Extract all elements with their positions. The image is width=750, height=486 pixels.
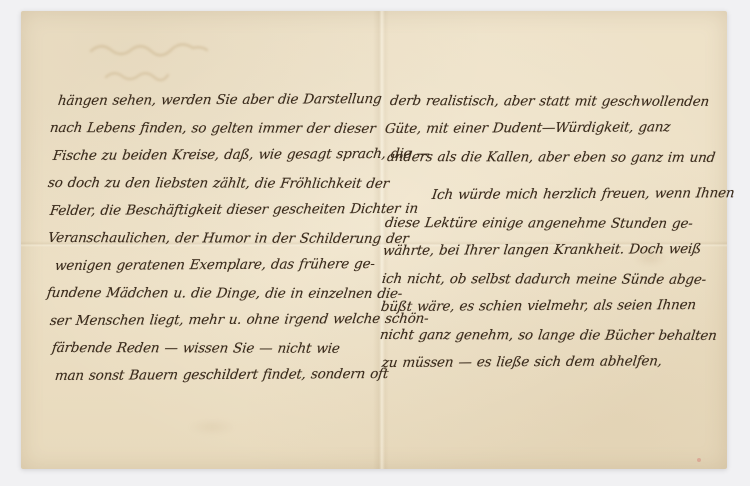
handwriting-line: Ich würde mich herzlich freuen, wenn Ihn…: [431, 185, 735, 203]
letter-page-right: derb realistisch, aber statt mit geschwo…: [21, 11, 727, 469]
handwriting-line: zu müssen — es ließe sich dem abhelfen,: [381, 353, 663, 371]
handwriting-line: Güte, mit einer Dudent—Würdigkeit, ganz: [384, 119, 671, 137]
handwriting-line: büßt wäre, es schien vielmehr, als seien…: [380, 297, 697, 315]
handwriting-line: nicht ganz genehm, so lange die Bücher b…: [379, 327, 718, 344]
letter-sheet: hängen sehen, werden Sie aber die Darste…: [21, 11, 727, 469]
handwriting-line: diese Lektüre einige angenehme Stunden g…: [384, 215, 694, 232]
scan-background: hängen sehen, werden Sie aber die Darste…: [0, 0, 750, 486]
handwriting-line: anders als die Kallen, aber eben so ganz…: [386, 149, 716, 166]
handwriting-line: ich nicht, ob selbst dadurch meine Sünde…: [381, 271, 707, 288]
handwriting-line: derb realistisch, aber statt mit geschwo…: [389, 93, 710, 110]
handwriting-line: währte, bei Ihrer langen Krankheit. Doch…: [382, 241, 702, 259]
